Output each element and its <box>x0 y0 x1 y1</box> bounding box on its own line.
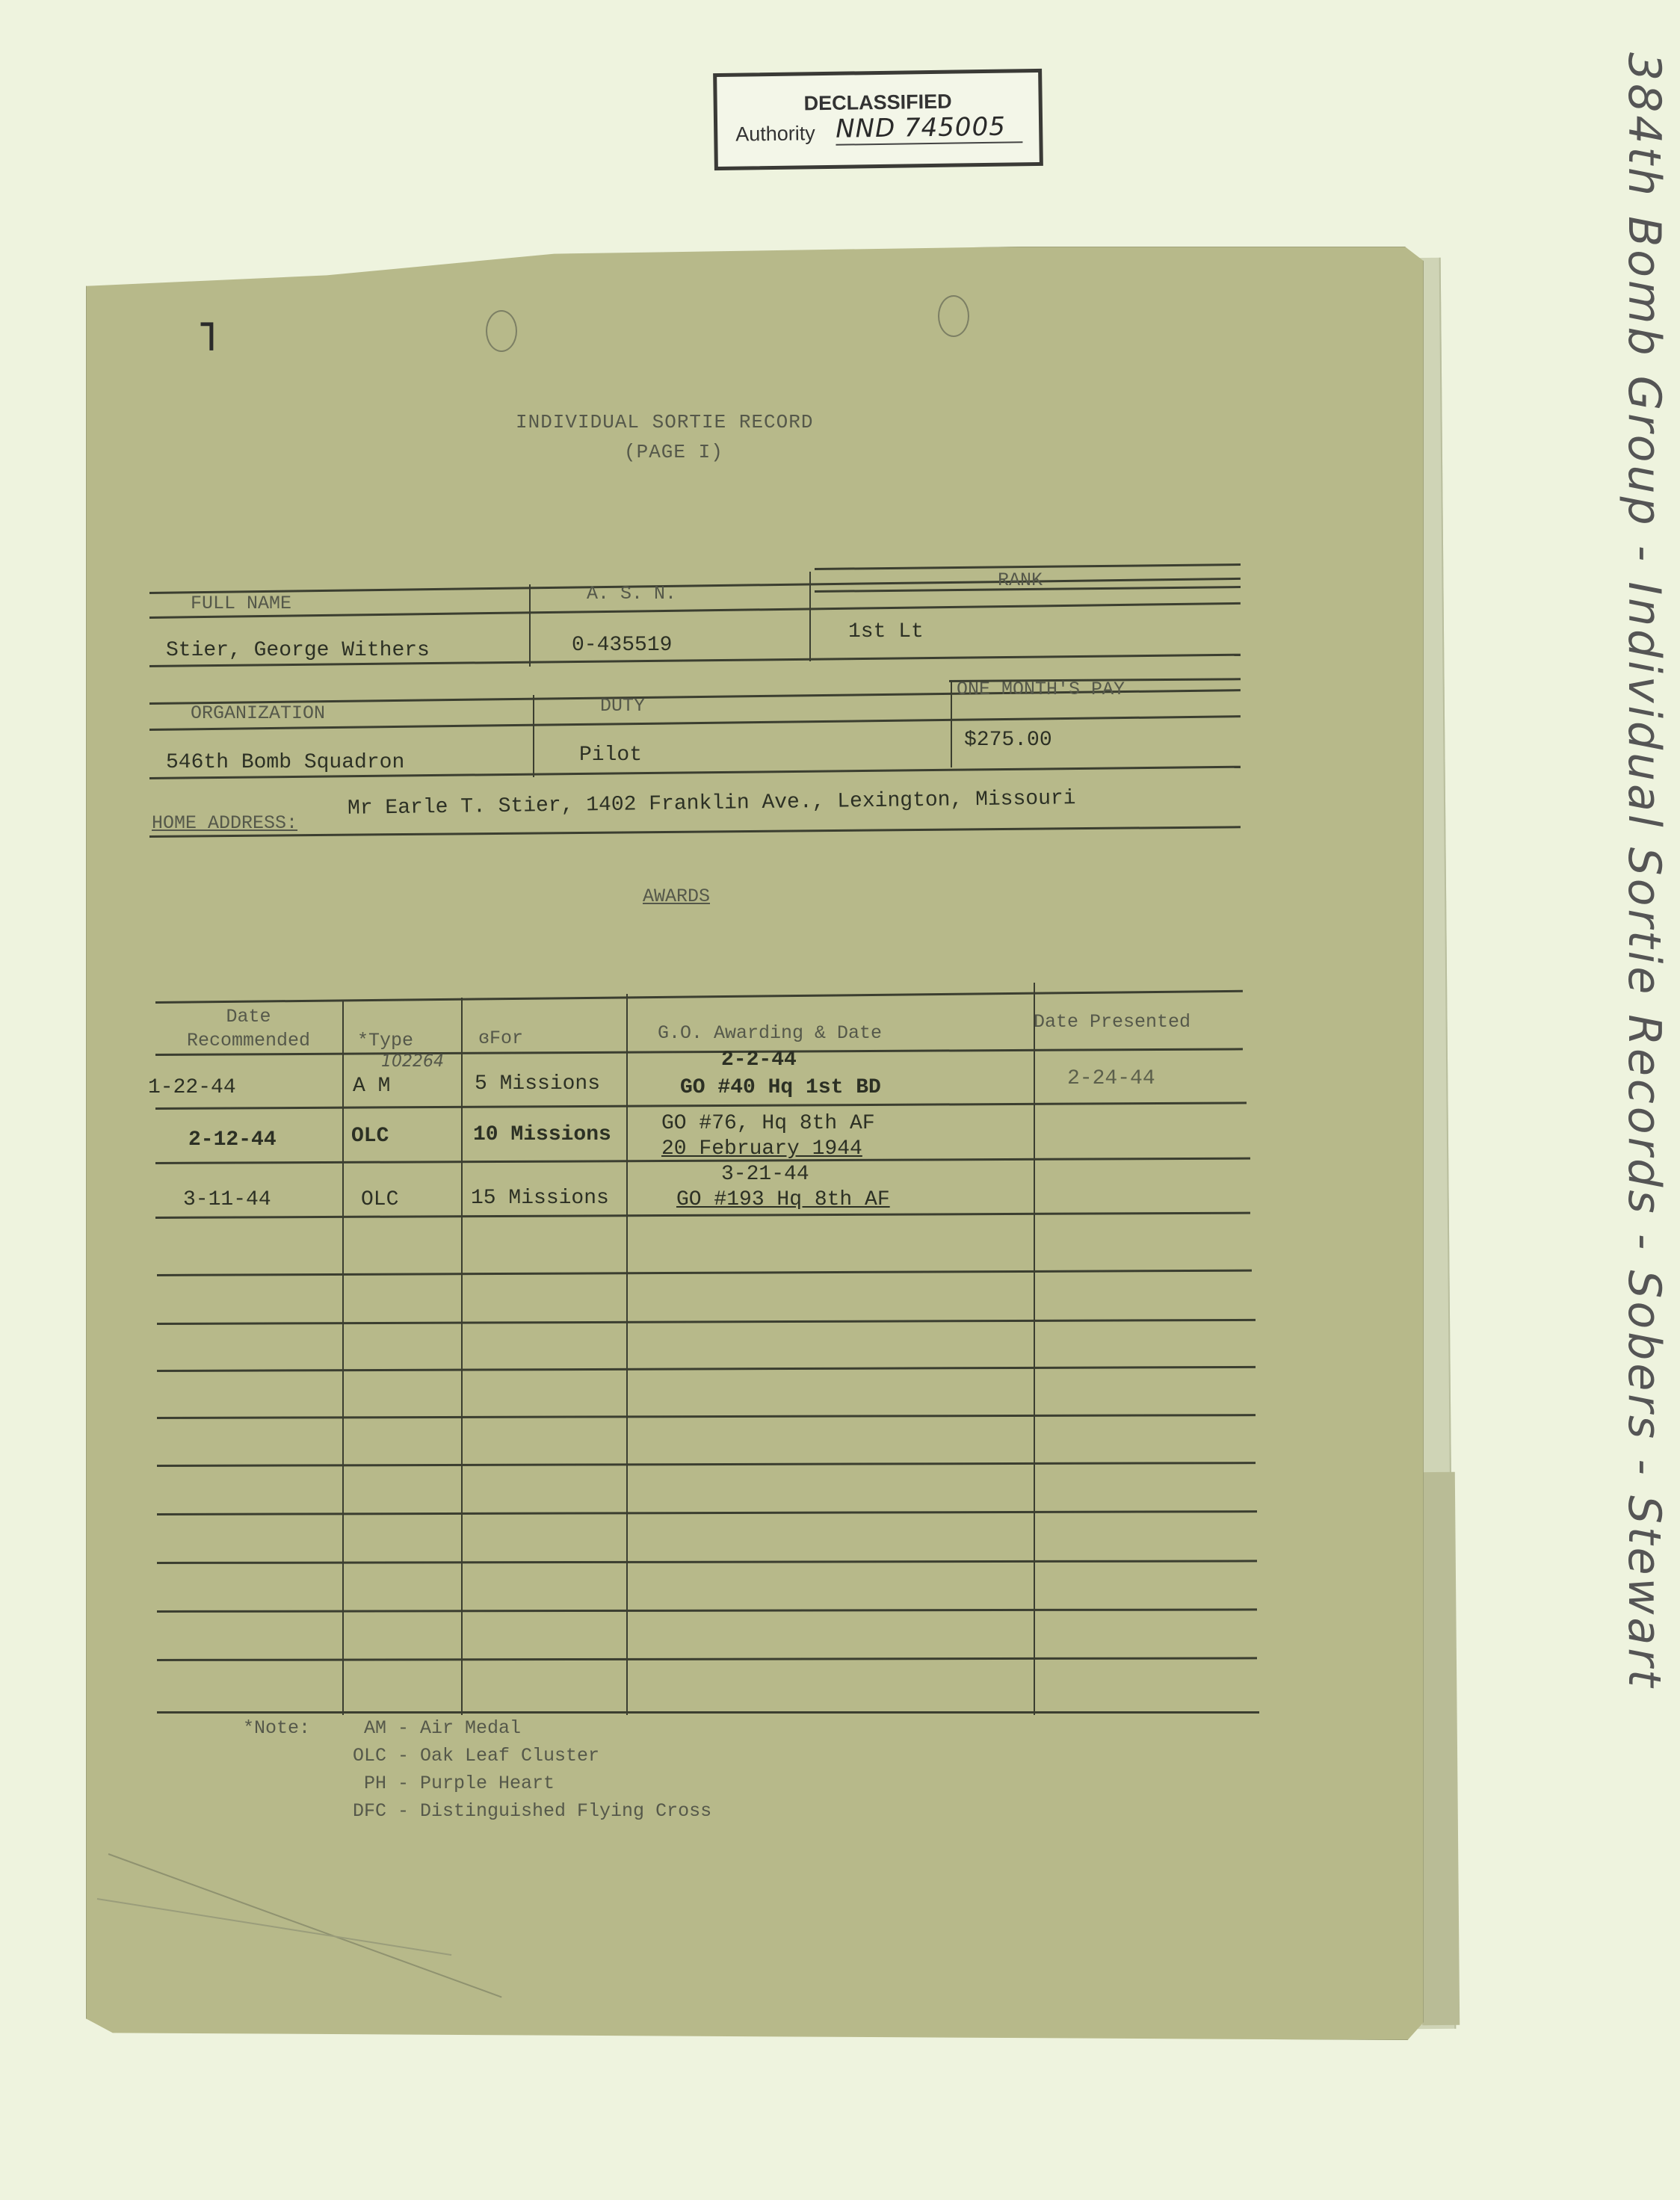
row1-go-date: 2-2-44 <box>721 1048 797 1072</box>
duty-label: DUTY <box>600 695 645 717</box>
stamp-authority-value: NND 745005 <box>836 111 1023 145</box>
margin-note-text: 384th Bomb Group - Individual Sortie Rec… <box>1618 52 1670 1690</box>
row1-for: 5 Missions <box>475 1072 600 1096</box>
rule-vertical <box>951 682 952 767</box>
full-name-label: FULL NAME <box>191 593 291 614</box>
rank-value: 1st Lt <box>848 620 924 643</box>
row1-date-presented: 2-24-44 <box>1067 1067 1155 1090</box>
row3-type: OLC <box>361 1188 398 1211</box>
col-header-date-presented: Date Presented <box>1034 1011 1190 1033</box>
declassified-stamp: DECLASSIFIED Authority NND 745005 <box>713 69 1043 170</box>
note-item-dfc: DFC - Distinguished Flying Cross <box>353 1800 711 1822</box>
document-title: INDIVIDUAL SORTIE RECORD <box>516 411 813 433</box>
col-header-type: *Type <box>357 1030 413 1051</box>
row1-go-order: GO #40 Hq 1st BD <box>680 1076 881 1099</box>
home-address-label: HOME ADDRESS: <box>152 812 297 834</box>
rule-vertical <box>809 572 811 661</box>
organization-label: ORGANIZATION <box>191 702 325 724</box>
row3-date-recommended: 3-11-44 <box>183 1188 271 1211</box>
rule-vertical <box>533 695 534 777</box>
checkmark-icon: ɞ <box>478 1028 490 1049</box>
row2-for: 10 Missions <box>473 1123 611 1146</box>
note-item-am: AM - Air Medal <box>364 1717 521 1739</box>
table-rule-vertical <box>626 994 628 1715</box>
punch-hole-right <box>938 295 969 337</box>
duty-value: Pilot <box>579 744 642 767</box>
note-item-olc: OLC - Oak Leaf Cluster <box>353 1745 599 1767</box>
col-header-go: G.O. Awarding & Date <box>658 1022 882 1044</box>
note-label: *Note: <box>243 1717 310 1739</box>
row3-go-date: 3-21-44 <box>721 1163 809 1186</box>
note-item-ph: PH - Purple Heart <box>364 1773 555 1794</box>
table-rule-vertical <box>1034 983 1035 1715</box>
table-rule-vertical <box>461 998 463 1715</box>
row3-go-order: GO #193 Hq 8th AF <box>676 1188 890 1211</box>
corner-mark: ⌐ <box>183 318 235 355</box>
row1-type-note: 102264 <box>381 1052 444 1071</box>
margin-note: 384th Bomb Group - Individual Sortie Rec… <box>1629 52 1674 1622</box>
row2-go-date: 20 February 1944 <box>661 1137 862 1161</box>
row1-type: A M <box>353 1075 390 1098</box>
awards-heading: AWARDS <box>643 886 710 907</box>
organization-value: 546th Bomb Squadron <box>166 751 404 774</box>
rule-vertical <box>529 584 531 667</box>
row2-go-order: GO #76, Hq 8th AF <box>661 1112 875 1135</box>
underlying-sheet-tab <box>1418 1472 1460 2025</box>
pay-value: $275.00 <box>964 729 1052 752</box>
col-header-date-recommended: Date Recommended <box>157 1005 340 1053</box>
full-name-value: Stier, George Withers <box>166 639 430 662</box>
row2-date-recommended: 2-12-44 <box>188 1128 277 1152</box>
document-subtitle: (PAGE I) <box>624 441 723 463</box>
row2-type: OLC <box>351 1125 389 1148</box>
rank-label: RANK <box>998 569 1043 591</box>
row1-date-recommended: 1-22-44 <box>148 1076 236 1099</box>
table-rule <box>157 1711 1259 1714</box>
col-header-for: ɞFor <box>478 1028 523 1049</box>
asn-value: 0-435519 <box>572 634 672 657</box>
table-rule-vertical <box>342 1001 344 1715</box>
pay-label: ONE MONTH'S PAY <box>957 679 1125 700</box>
asn-label: A. S. N. <box>587 583 676 605</box>
stamp-authority-label: Authority <box>735 122 815 146</box>
row3-for: 15 Missions <box>471 1187 609 1210</box>
punch-hole-left <box>486 310 517 352</box>
